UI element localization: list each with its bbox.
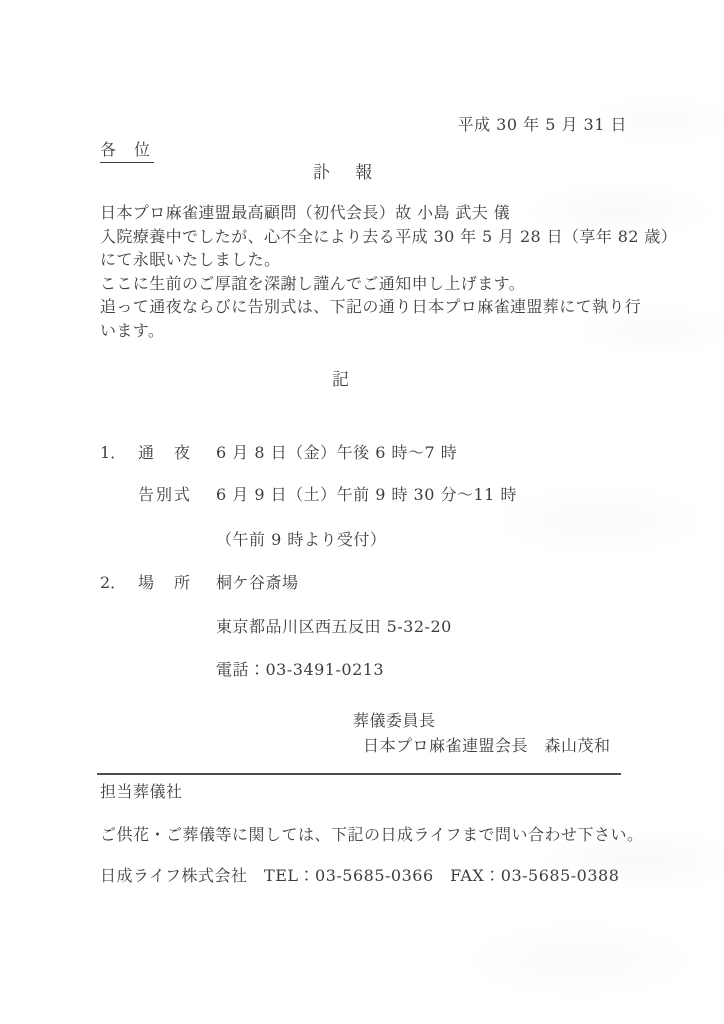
body-line: にて永眠いたしました。 [100,248,640,272]
schedule-value: 6 月 8 日（金）午後 6 時～7 時 [216,440,457,463]
schedule-row-reception: （午前 9 時より受付） [100,527,386,550]
contact-note: ご供花・ご葬儀等に関しては、下記の日成ライフまで問い合わせ下さい。 [100,825,644,845]
schedule-number [100,657,138,680]
contact-info: 日成ライフ株式会社 TEL：03-5685-0366 FAX：03-5685-0… [100,866,619,886]
schedule-value: 桐ケ谷斎場 [216,570,299,593]
schedule-label [138,657,216,680]
addressee: 各 位 [100,140,154,163]
schedule-value: 東京都品川区西五反田 5-32-20 [216,614,452,637]
schedule-number [100,482,138,505]
body-line: 日本プロ麻雀連盟最高顧問（初代会長）故 小島 武夫 儀 [100,201,640,225]
schedule-number: 1． [100,440,138,463]
schedule-row-farewell: 告別式 6 月 9 日（土）午前 9 時 30 分～11 時 [100,482,517,505]
signature-name: 日本プロ麻雀連盟会長 森山茂和 [363,736,611,756]
body-line: 追って通夜ならびに告別式は、下記の通り日本プロ麻雀連盟葬にて執り行 [100,295,640,319]
funeral-company-heading: 担当葬儀社 [100,782,183,802]
schedule-label: 告別式 [138,482,216,505]
schedule-value: （午前 9 時より受付） [216,527,386,550]
document-date: 平成 30 年 5 月 31 日 [458,115,627,135]
schedule-label [138,614,216,637]
schedule-row-place: 2． 場 所 桐ケ谷斎場 [100,570,299,593]
schedule-number [100,527,138,550]
schedule-row-wake: 1． 通 夜 6 月 8 日（金）午後 6 時～7 時 [100,440,457,463]
schedule-row-phone: 電話：03-3491-0213 [100,657,384,680]
schedule-number [100,614,138,637]
obituary-notice-document: 平成 30 年 5 月 31 日 各 位 訃 報 日本プロ麻雀連盟最高顧問（初代… [0,0,724,1024]
body-line: 入院療養中でしたが、心不全により去る平成 30 年 5 月 28 日（享年 82… [100,225,640,249]
divider-line [97,773,621,775]
body-line: います。 [100,319,640,343]
schedule-row-address: 東京都品川区西五反田 5-32-20 [100,614,452,637]
record-marker: 記 [332,370,350,391]
notice-body: 日本プロ麻雀連盟最高顧問（初代会長）故 小島 武夫 儀 入院療養中でしたが、心不… [100,201,640,343]
signature-role: 葬儀委員長 [353,711,436,731]
schedule-label: 場 所 [138,570,216,593]
schedule-value: 電話：03-3491-0213 [216,657,384,680]
schedule-value: 6 月 9 日（土）午前 9 時 30 分～11 時 [216,482,517,505]
notice-title: 訃 報 [313,163,376,184]
body-line: ここに生前のご厚誼を深謝し謹んでご通知申し上げます。 [100,272,640,296]
schedule-number: 2． [100,570,138,593]
schedule-label [138,527,216,550]
schedule-label: 通 夜 [138,440,216,463]
